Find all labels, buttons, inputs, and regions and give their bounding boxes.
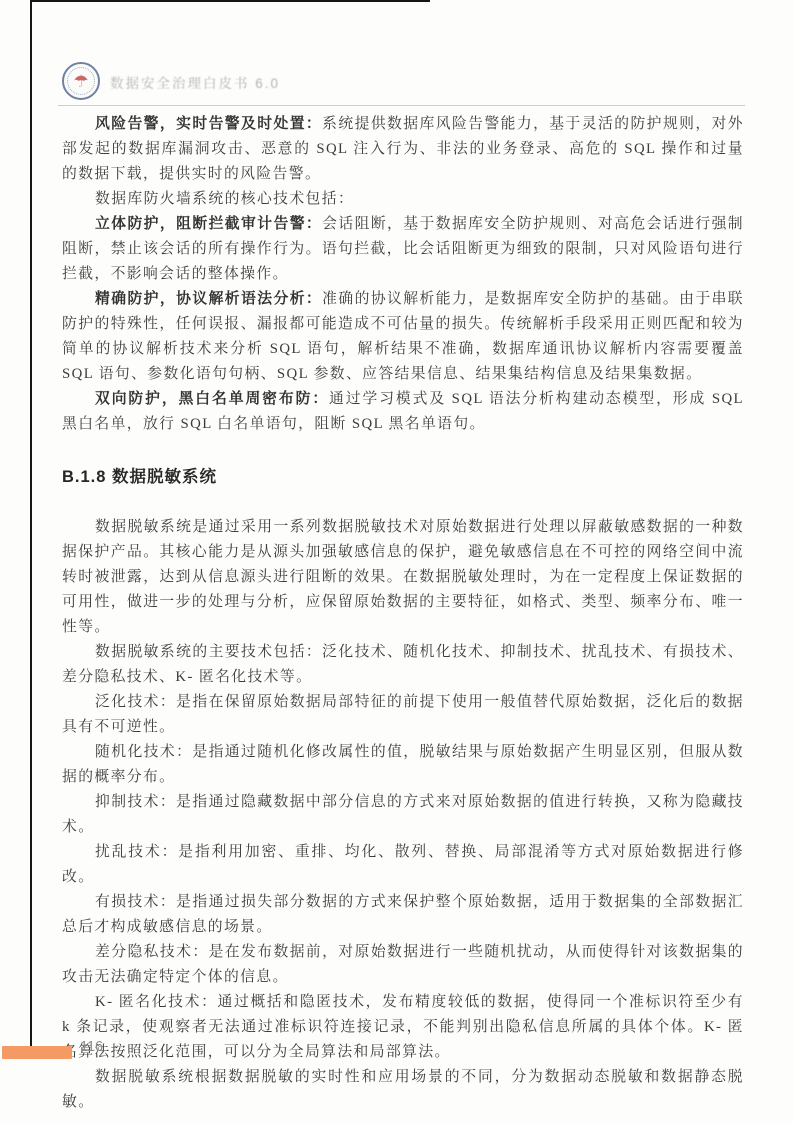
- paragraph-lead: 立体防护，阻断拦截审计告警：: [95, 216, 322, 232]
- paragraph-lead: 风险告警，实时告警及时处置：: [95, 116, 322, 132]
- paragraph-text: 随机化技术：是指通过随机化修改属性的值，脱敏结果与原始数据产生明显区别，但服从数…: [62, 744, 744, 785]
- paragraph: 双向防护，黑白名单周密布防：通过学习模式及 SQL 语法分析构建动态模型，形成 …: [62, 387, 744, 437]
- paragraph-text: 扰乱技术：是指利用加密、重排、均化、散列、替换、局部混淆等方式对原始数据进行修改…: [62, 844, 744, 885]
- section-heading: B.1.8 数据脱敏系统: [62, 463, 744, 487]
- paragraph: 有损技术：是指通过损失部分数据的方式来保护整个原始数据，适用于数据集的全部数据汇…: [62, 890, 744, 940]
- paragraph-text: 有损技术：是指通过损失部分数据的方式来保护整个原始数据，适用于数据集的全部数据汇…: [62, 894, 744, 935]
- page-number: 116: [80, 1039, 103, 1055]
- paragraph-text: 数据脱敏系统是通过采用一系列数据脱敏技术对原始数据进行处理以屏蔽敏感数据的一种数…: [62, 519, 744, 635]
- paragraph: 数据库防火墙系统的核心技术包括：: [62, 187, 744, 212]
- paragraph-text: 数据库防火墙系统的核心技术包括：: [95, 191, 354, 207]
- paragraph: 抑制技术：是指通过隐藏数据中部分信息的方式来对原始数据的值进行转换，又称为隐藏技…: [62, 790, 744, 840]
- paragraph: 精确防护，协议解析语法分析：准确的协议解析能力，是数据库安全防护的基础。由于串联…: [62, 287, 744, 387]
- paragraph-text: 抑制技术：是指通过隐藏数据中部分信息的方式来对原始数据的值进行转换，又称为隐藏技…: [62, 794, 744, 835]
- paragraph-text: 差分隐私技术：是在发布数据前，对原始数据进行一些随机扰动，从而使得针对该数据集的…: [62, 944, 744, 985]
- document-body: 风险告警，实时告警及时处置：系统提供数据库风险告警能力，基于灵活的防护规则，对外…: [62, 112, 744, 1115]
- umbrella-icon: ☂: [67, 67, 95, 95]
- paragraph-text: 数据脱敏系统的主要技术包括：泛化技术、随机化技术、抑制技术、扰乱技术、有损技术、…: [62, 644, 744, 685]
- paragraph: K- 匿名化技术：通过概括和隐匿技术，发布精度较低的数据，使得同一个准标识符至少…: [62, 990, 744, 1065]
- paragraph: 立体防护，阻断拦截审计告警：会话阻断，基于数据库安全防护规则、对高危会话进行强制…: [62, 212, 744, 287]
- paragraph-lead: 双向防护，黑白名单周密布防：: [95, 391, 329, 407]
- paragraph: 风险告警，实时告警及时处置：系统提供数据库风险告警能力，基于灵活的防护规则，对外…: [62, 112, 744, 187]
- paragraph: 数据脱敏系统是通过采用一系列数据脱敏技术对原始数据进行处理以屏蔽敏感数据的一种数…: [62, 515, 744, 640]
- paragraph: 差分隐私技术：是在发布数据前，对原始数据进行一些随机扰动，从而使得针对该数据集的…: [62, 940, 744, 990]
- paragraph-text: K- 匿名化技术：通过概括和隐匿技术，发布精度较低的数据，使得同一个准标识符至少…: [62, 994, 744, 1060]
- paragraph: 随机化技术：是指通过随机化修改属性的值，脱敏结果与原始数据产生明显区别，但服从数…: [62, 740, 744, 790]
- document-title: 数据安全治理白皮书 6.0: [110, 72, 280, 92]
- paragraph-lead: 精确防护，协议解析语法分析：: [95, 291, 322, 307]
- scan-edge-left: [30, 0, 32, 1048]
- paragraph-text: 泛化技术：是指在保留原始数据局部特征的前提下使用一般值替代原始数据，泛化后的数据…: [62, 694, 744, 735]
- scanned-document-page: ☂ 数据安全治理白皮书 6.0 风险告警，实时告警及时处置：系统提供数据库风险告…: [0, 0, 794, 1123]
- page-header: ☂ 数据安全治理白皮书 6.0: [58, 60, 745, 106]
- paragraph: 数据脱敏系统的主要技术包括：泛化技术、随机化技术、抑制技术、扰乱技术、有损技术、…: [62, 640, 744, 690]
- scan-edge-top: [30, 0, 430, 2]
- paragraph: 泛化技术：是指在保留原始数据局部特征的前提下使用一般值替代原始数据，泛化后的数据…: [62, 690, 744, 740]
- paragraph-text: 数据脱敏系统根据数据脱敏的实时性和应用场景的不同，分为数据动态脱敏和数据静态脱敏…: [62, 1069, 744, 1110]
- paragraph: 数据脱敏系统根据数据脱敏的实时性和应用场景的不同，分为数据动态脱敏和数据静态脱敏…: [62, 1065, 744, 1115]
- footer-accent-bar: [2, 1046, 72, 1059]
- org-logo: ☂: [62, 62, 100, 100]
- paragraph: 扰乱技术：是指利用加密、重排、均化、散列、替换、局部混淆等方式对原始数据进行修改…: [62, 840, 744, 890]
